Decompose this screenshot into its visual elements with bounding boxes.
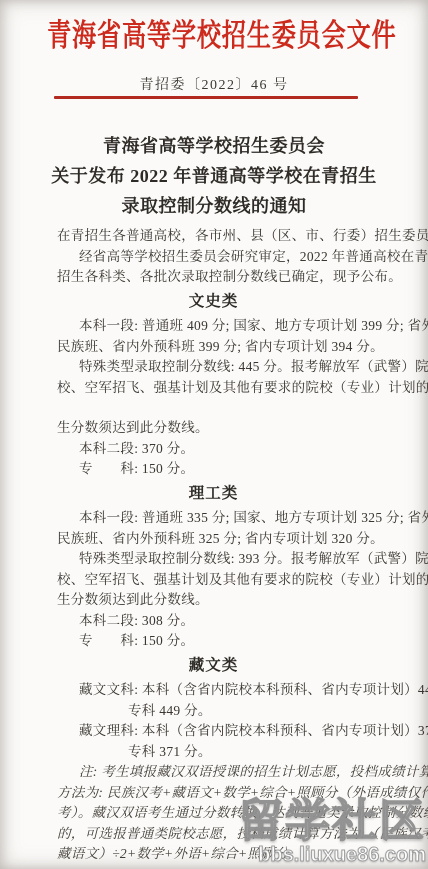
doc-line: 招生各科类、各批次录取控制分数线已确定，现予公布。 [57,267,428,288]
doc-line: 民族班、省内外预科班 399 分; 省内专项计划 394 分。 [57,337,428,358]
doc-line: 民族班、省内外预科班 325 分; 省内专项计划 320 分。 [57,529,428,550]
doc-line: 特殊类型录取控制分数线: 445 分。报考解放军（武警）院 [57,357,428,378]
document-title-line: 关于发布 2022 年普通高等学校在青招生 [0,161,428,191]
masthead-title: 青海省高等学校招生委员会文件 [47,10,381,55]
doc-line: 专 科: 150 分。 [57,631,428,652]
note-line: 方法为: 民族汉考+藏语文+数学+综合+照顾分（外语成绩仅作参 [57,783,428,804]
section-heading: 理工类 [57,480,370,509]
doc-line: 本科一段: 普通班 335 分; 国家、地方专项计划 325 分; 省外 [57,508,428,529]
document-title: 青海省高等学校招生委员会 关于发布 2022 年普通高等学校在青招生 录取控制分… [0,131,428,221]
doc-line: 本科二段: 370 分。 [57,439,428,460]
section-heading: 文史类 [57,288,370,317]
doc-line: 生分数须达到此分数线。 [57,418,428,439]
note-line: 注: 考生填报藏汉双语授课的招生计划志愿，投档成绩计算 [57,762,428,783]
document-title-line: 录取控制分数线的通知 [0,191,428,221]
doc-line: 校、空军招飞、强基计划及其他有要求的院校（专业）计划的考 [57,378,428,399]
doc-line: 校、空军招飞、强基计划及其他有要求的院校（专业）计划的考 [57,570,428,591]
note-line: 藏语文）÷2+数学+外语+综合+照顾分。 [57,844,428,865]
document-number: 青招委〔2022〕46 号 [0,74,428,94]
doc-line: 本科二段: 308 分。 [57,611,428,632]
doc-line: 藏文理科: 本科（含省内院校本科预科、省内专项计划）371 分; [57,721,428,742]
doc-line: 生分数须达到此分数线。 [57,590,428,611]
header-divider-rule [54,96,358,99]
doc-line: 在青招生各普通高校，各市州、县（区、市、行委）招生委员会: [57,226,428,247]
doc-line: 专科 371 分。 [57,742,428,763]
doc-line: 特殊类型录取控制分数线: 393 分。报考解放军（武警）院 [57,549,428,570]
doc-line: 藏文文科: 本科（含省内院校本科预科、省内专项计划）449 分; [57,680,428,701]
document-body: 在青招生各普通高校，各市州、县（区、市、行委）招生委员会:经省高等学校招生委员会… [57,226,428,865]
document-page: 青海省高等学校招生委员会文件 青招委〔2022〕46 号 青海省高等学校招生委员… [0,0,428,869]
note-line: 考）。藏汉双语考生通过分数转换，达到普通类录取控制分数线 [57,803,428,824]
note-line: 的，可选报普通类院校志愿，投档成绩计算方法为:（民族汉考+ [57,824,428,845]
section-heading: 藏文类 [57,652,370,681]
doc-line: 专科 449 分。 [57,701,428,722]
doc-line: 专 科: 150 分。 [57,459,428,480]
document-title-line: 青海省高等学校招生委员会 [0,131,428,161]
doc-line: 经省高等学校招生委员会研究审定，2022 年普通高校在青 [57,247,428,268]
doc-line: 本科一段: 普通班 409 分; 国家、地方专项计划 399 分; 省外 [57,316,428,337]
